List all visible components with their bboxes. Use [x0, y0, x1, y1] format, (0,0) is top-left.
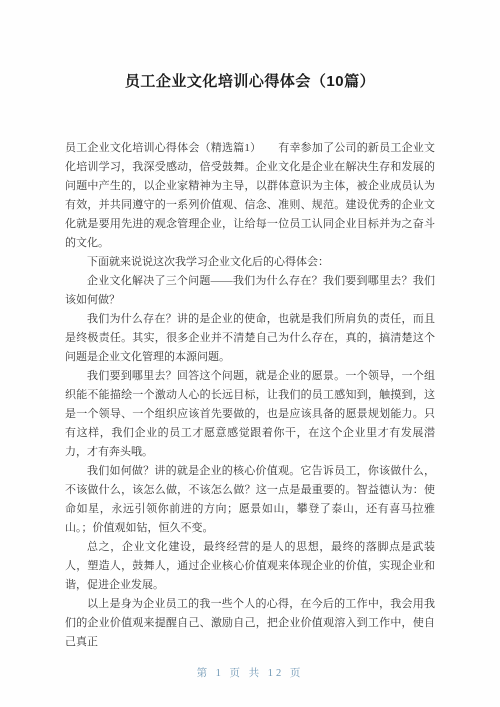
paragraph-three-questions: 企业文化解决了三个问题——我们为什么存在？我们要到哪里去？我们该如何做？ [65, 272, 435, 310]
paragraph-closing: 以上是身为企业员工的我一些个人的心得，在今后的工作中，我会用我们的企业价值观来提… [65, 595, 435, 652]
paragraph-summary: 总之，企业文化建设，最终经营的是人的思想，最终的落脚点是武装人，塑造人，鼓舞人，… [65, 538, 435, 595]
paragraph-how-to-do: 我们如何做？讲的就是企业的核心价值观。它告诉员工，你该做什么，不该做什么，该怎么… [65, 462, 435, 538]
document-title: 员工企业文化培训心得体会（10篇） [0, 70, 500, 91]
page-indicator: 第 1 页 共 12 页 [0, 665, 500, 680]
paragraph-intro: 员工企业文化培训心得体会（精选篇1） 有幸参加了公司的新员工企业文化培训学习，我… [65, 139, 435, 253]
paragraph-lead-in: 下面就来说说这次我学习企业文化后的心得体会： [65, 253, 435, 272]
paragraph-why-exist: 我们为什么存在？讲的是企业的使命，也就是我们所肩负的责任，而且是终极责任。其实，… [65, 310, 435, 367]
document-page: 员工企业文化培训心得体会（10篇） 员工企业文化培训心得体会（精选篇1） 有幸参… [0, 0, 500, 707]
document-body: 员工企业文化培训心得体会（精选篇1） 有幸参加了公司的新员工企业文化培训学习，我… [65, 139, 435, 652]
paragraph-where-to-go: 我们要到哪里去？回答这个问题，就是企业的愿景。一个领导，一个组织能不能描绘一个激… [65, 367, 435, 462]
